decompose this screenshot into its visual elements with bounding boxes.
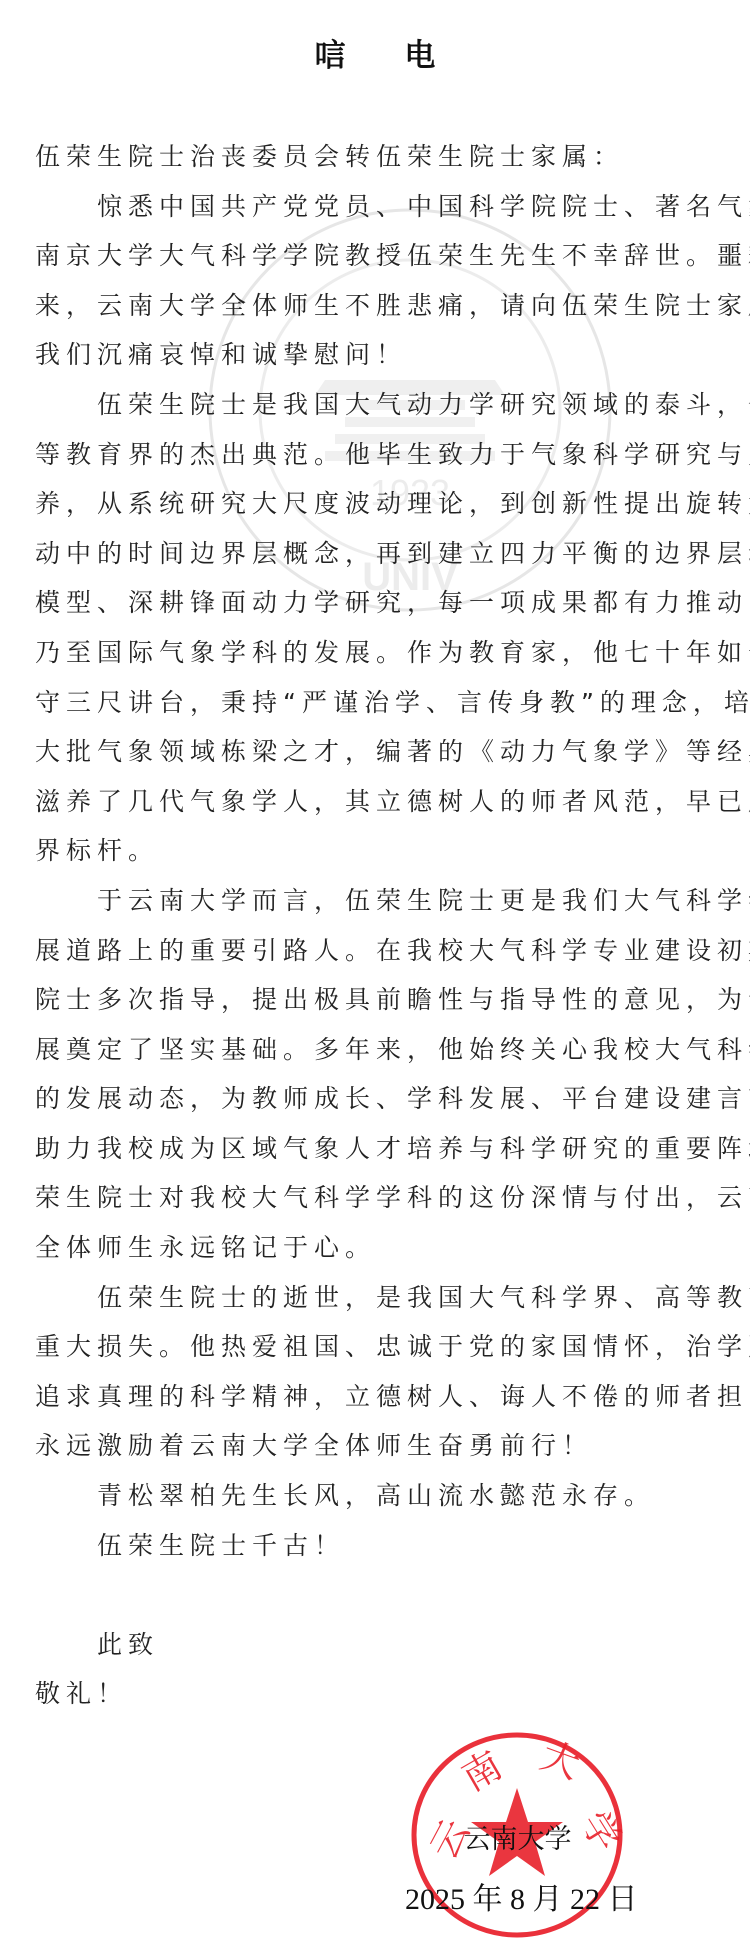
paragraph-line: 大批气象领域栋梁之才，编著的《动力气象学》等经典教材，	[35, 727, 735, 777]
paragraph-line: 永远激励着云南大学全体师生奋勇前行！	[35, 1421, 735, 1471]
paragraph-line: 展奠定了坚实基础。多年来，他始终关心我校大气科学学科	[35, 1025, 735, 1075]
paragraph-line: 助力我校成为区域气象人才培养与科学研究的重要阵地。伍	[35, 1124, 735, 1174]
paragraph-line: 伍荣生院士的逝世，是我国大气科学界、高等教育界的	[35, 1273, 735, 1323]
signature-organization: 云南大学	[445, 1817, 590, 1856]
paragraph-line: 展道路上的重要引路人。在我校大气科学专业建设初期，伍	[35, 926, 735, 976]
paragraph-line: 我们沉痛哀悼和诚挚慰问！	[35, 330, 735, 380]
paragraph-line: 等教育界的杰出典范。他毕生致力于气象科学研究与人才培	[35, 430, 735, 480]
closing-salute: 敬礼！	[35, 1669, 735, 1719]
paragraph-1: 惊悉中国共产党党员、中国科学院院士、著名气象学家、 南京大学大气科学学院教授伍荣…	[35, 182, 735, 380]
letter-body: 伍荣生院士治丧委员会转伍荣生院士家属： 惊悉中国共产党党员、中国科学院院士、著名…	[35, 132, 735, 1719]
signature-date: 2025 年 8 月 22 日	[405, 1874, 615, 1918]
paragraph-line: 于云南大学而言，伍荣生院士更是我们大气科学学科发	[35, 876, 735, 926]
paragraph-line: 伍荣生院士是我国大气动力学研究领域的泰斗，也是高	[35, 380, 735, 430]
spacer	[35, 1570, 735, 1620]
paragraph-line: 院士多次指导，提出极具前瞻性与指导性的意见，为专业发	[35, 975, 735, 1025]
salutation: 伍荣生院士治丧委员会转伍荣生院士家属：	[35, 132, 735, 182]
paragraph-line: 的发展动态，为教师成长、学科发展、平台建设建言献策，	[35, 1074, 735, 1124]
paragraph-4: 伍荣生院士的逝世，是我国大气科学界、高等教育界的 重大损失。他热爱祖国、忠诚于党…	[35, 1273, 735, 1471]
paragraph-line: 养，从系统研究大尺度波动理论，到创新性提出旋转大气运	[35, 479, 735, 529]
paragraph-line: 荣生院士对我校大气科学学科的这份深情与付出，云南大学	[35, 1173, 735, 1223]
paragraph-line: 动中的时间边界层概念，再到建立四力平衡的边界层动力学	[35, 529, 735, 579]
paragraph-3: 于云南大学而言，伍荣生院士更是我们大气科学学科发 展道路上的重要引路人。在我校大…	[35, 876, 735, 1273]
paragraph-line: 南京大学大气科学学院教授伍荣生先生不幸辞世。噩耗传	[35, 231, 735, 281]
page-title: 唁 电	[0, 36, 750, 76]
closing-greeting: 此致	[35, 1620, 735, 1670]
paragraph-line: 来，云南大学全体师生不胜悲痛，请向伍荣生院士家属转达	[35, 281, 735, 331]
paragraph-line: 全体师生永远铭记于心。	[35, 1223, 735, 1273]
paragraph-line: 惊悉中国共产党党员、中国科学院院士、著名气象学家、	[35, 182, 735, 232]
paragraph-line: 滋养了几代气象学人，其立德树人的师者风范，早已成为学	[35, 777, 735, 827]
condolence-letter-page: 1923 UNIV 唁 电 伍荣生院士治丧委员会转伍荣生院士家属： 惊悉中国共产…	[0, 0, 750, 1959]
paragraph-line: 乃至国际气象学科的发展。作为教育家，他七十年如一日坚	[35, 628, 735, 678]
paragraph-line: 界标杆。	[35, 826, 735, 876]
paragraph-2: 伍荣生院士是我国大气动力学研究领域的泰斗，也是高 等教育界的杰出典范。他毕生致力…	[35, 380, 735, 876]
svg-text:大: 大	[535, 1733, 586, 1787]
farewell-line: 伍荣生院士千古！	[35, 1521, 735, 1571]
paragraph-line: 重大损失。他热爱祖国、忠诚于党的家国情怀，治学严谨、	[35, 1322, 735, 1372]
elegy-line: 青松翠柏先生长风，高山流水懿范永存。	[35, 1471, 735, 1521]
paragraph-line: 守三尺讲台，秉持“严谨治学、言传身教”的理念，培养了	[35, 678, 735, 728]
paragraph-line: 追求真理的科学精神，立德树人、诲人不倦的师者担当，将	[35, 1372, 735, 1422]
paragraph-line: 模型、深耕锋面动力学研究，每一项成果都有力推动了我国	[35, 578, 735, 628]
